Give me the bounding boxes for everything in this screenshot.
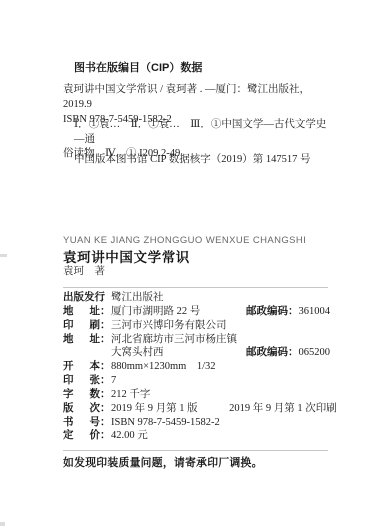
publication-row-value: ISBN 978-7-5459-1582-2 xyxy=(111,416,220,430)
publication-rows: 出版发行：鹭江出版社地址：厦门市湖明路 22 号邮政编码：361004印刷：三河… xyxy=(63,291,330,443)
publication-row: 印刷：三河市兴博印务有限公司 xyxy=(63,319,330,333)
quality-notice: 如发现印装质量问题，请寄承印厂调换。 xyxy=(63,456,343,470)
publication-row-value: 42.00 元 xyxy=(111,429,148,443)
publication-row-colon: ： xyxy=(100,360,111,374)
publication-row-value: 212 千字 xyxy=(111,388,150,402)
scan-artifact xyxy=(0,522,5,526)
publication-row-colon: ： xyxy=(100,402,111,416)
publication-row: 出版发行：鹭江出版社 xyxy=(63,291,330,305)
publication-row-value: 鹭江出版社 xyxy=(111,291,164,305)
publication-row-label: 开本 xyxy=(63,360,100,374)
book-copyright-page: { "cip": { "heading": "图书在版编目（CIP）数据", "… xyxy=(0,0,375,530)
book-title: 袁珂讲中国文学常识 xyxy=(63,249,343,266)
postal-code: 邮政编码：065200 xyxy=(246,346,330,360)
publication-row: 地址：厦门市湖明路 22 号邮政编码：361004 xyxy=(63,305,330,319)
publication-row-value: 厦门市湖明路 22 号 xyxy=(111,305,200,319)
publication-row-colon: ： xyxy=(100,319,111,333)
divider-bottom xyxy=(63,450,328,451)
publication-row-colon: ： xyxy=(100,388,111,402)
publication-row-label: 定价 xyxy=(63,429,100,443)
publication-row-label: 出版发行 xyxy=(63,291,100,305)
publication-row-value: 三河市兴博印务有限公司 xyxy=(111,319,227,333)
publication-row-colon: ： xyxy=(100,305,111,319)
cip-record-line: 中国版本图书馆 CIP 数据核字（2019）第 147517 号 xyxy=(63,152,342,167)
divider-top xyxy=(63,287,328,288)
publication-row-label: 版次 xyxy=(63,402,100,416)
publication-row: 地址：河北省廊坊市三河市杨庄镇 xyxy=(63,333,330,347)
publication-row-colon: ： xyxy=(100,429,111,443)
publication-row-value: 河北省廊坊市三河市杨庄镇 xyxy=(111,333,237,347)
publication-row: 字数：212 千字 xyxy=(63,388,330,402)
publication-row: 大窝头村西邮政编码：065200 xyxy=(63,346,330,360)
publication-row-value: 2019 年 9 月第 1 版 2019 年 9 月第 1 次印刷 xyxy=(111,402,337,416)
book-title-pinyin: YUAN KE JIANG ZHONGGUO WENXUE CHANGSHI xyxy=(63,235,343,247)
cip-description-line: 袁珂讲中国文学常识 / 袁珂著 . —厦门：鹭江出版社，2019.9 xyxy=(63,82,331,112)
publication-row-value: 880mm×1230mm 1/32 xyxy=(111,360,216,374)
publication-row-colon: ： xyxy=(100,333,111,347)
publication-row-value: 7 xyxy=(111,374,116,388)
publication-row-label: 地址 xyxy=(63,305,100,319)
publication-row: 定价：42.00 元 xyxy=(63,429,330,443)
publication-row-colon: ： xyxy=(100,291,111,305)
postal-code: 邮政编码：361004 xyxy=(246,305,330,319)
publication-row-label: 地址 xyxy=(63,333,100,347)
publication-row: 开本：880mm×1230mm 1/32 xyxy=(63,360,330,374)
cip-heading: 图书在版编目（CIP）数据 xyxy=(63,60,344,76)
publication-row: 版次：2019 年 9 月第 1 版 2019 年 9 月第 1 次印刷 xyxy=(63,402,330,416)
publication-row: 书号：ISBN 978-7-5459-1582-2 xyxy=(63,416,330,430)
publication-row-label: 印刷 xyxy=(63,319,100,333)
publication-row-label: 印张 xyxy=(63,374,100,388)
scan-artifact xyxy=(0,254,7,257)
publication-row-label: 书号 xyxy=(63,416,100,430)
publication-row-value: 大窝头村西 xyxy=(111,346,164,360)
publication-row-label: 字数 xyxy=(63,388,100,402)
publication-row-colon: ： xyxy=(100,416,111,430)
cip-classification-line-1: Ⅰ．①袁… Ⅱ．①袁… Ⅲ．①中国文学—古代文学史—通 xyxy=(63,118,331,147)
publication-row-colon: ： xyxy=(100,374,111,388)
publication-row: 印张：7 xyxy=(63,374,330,388)
book-author: 袁珂 著 xyxy=(63,265,263,279)
